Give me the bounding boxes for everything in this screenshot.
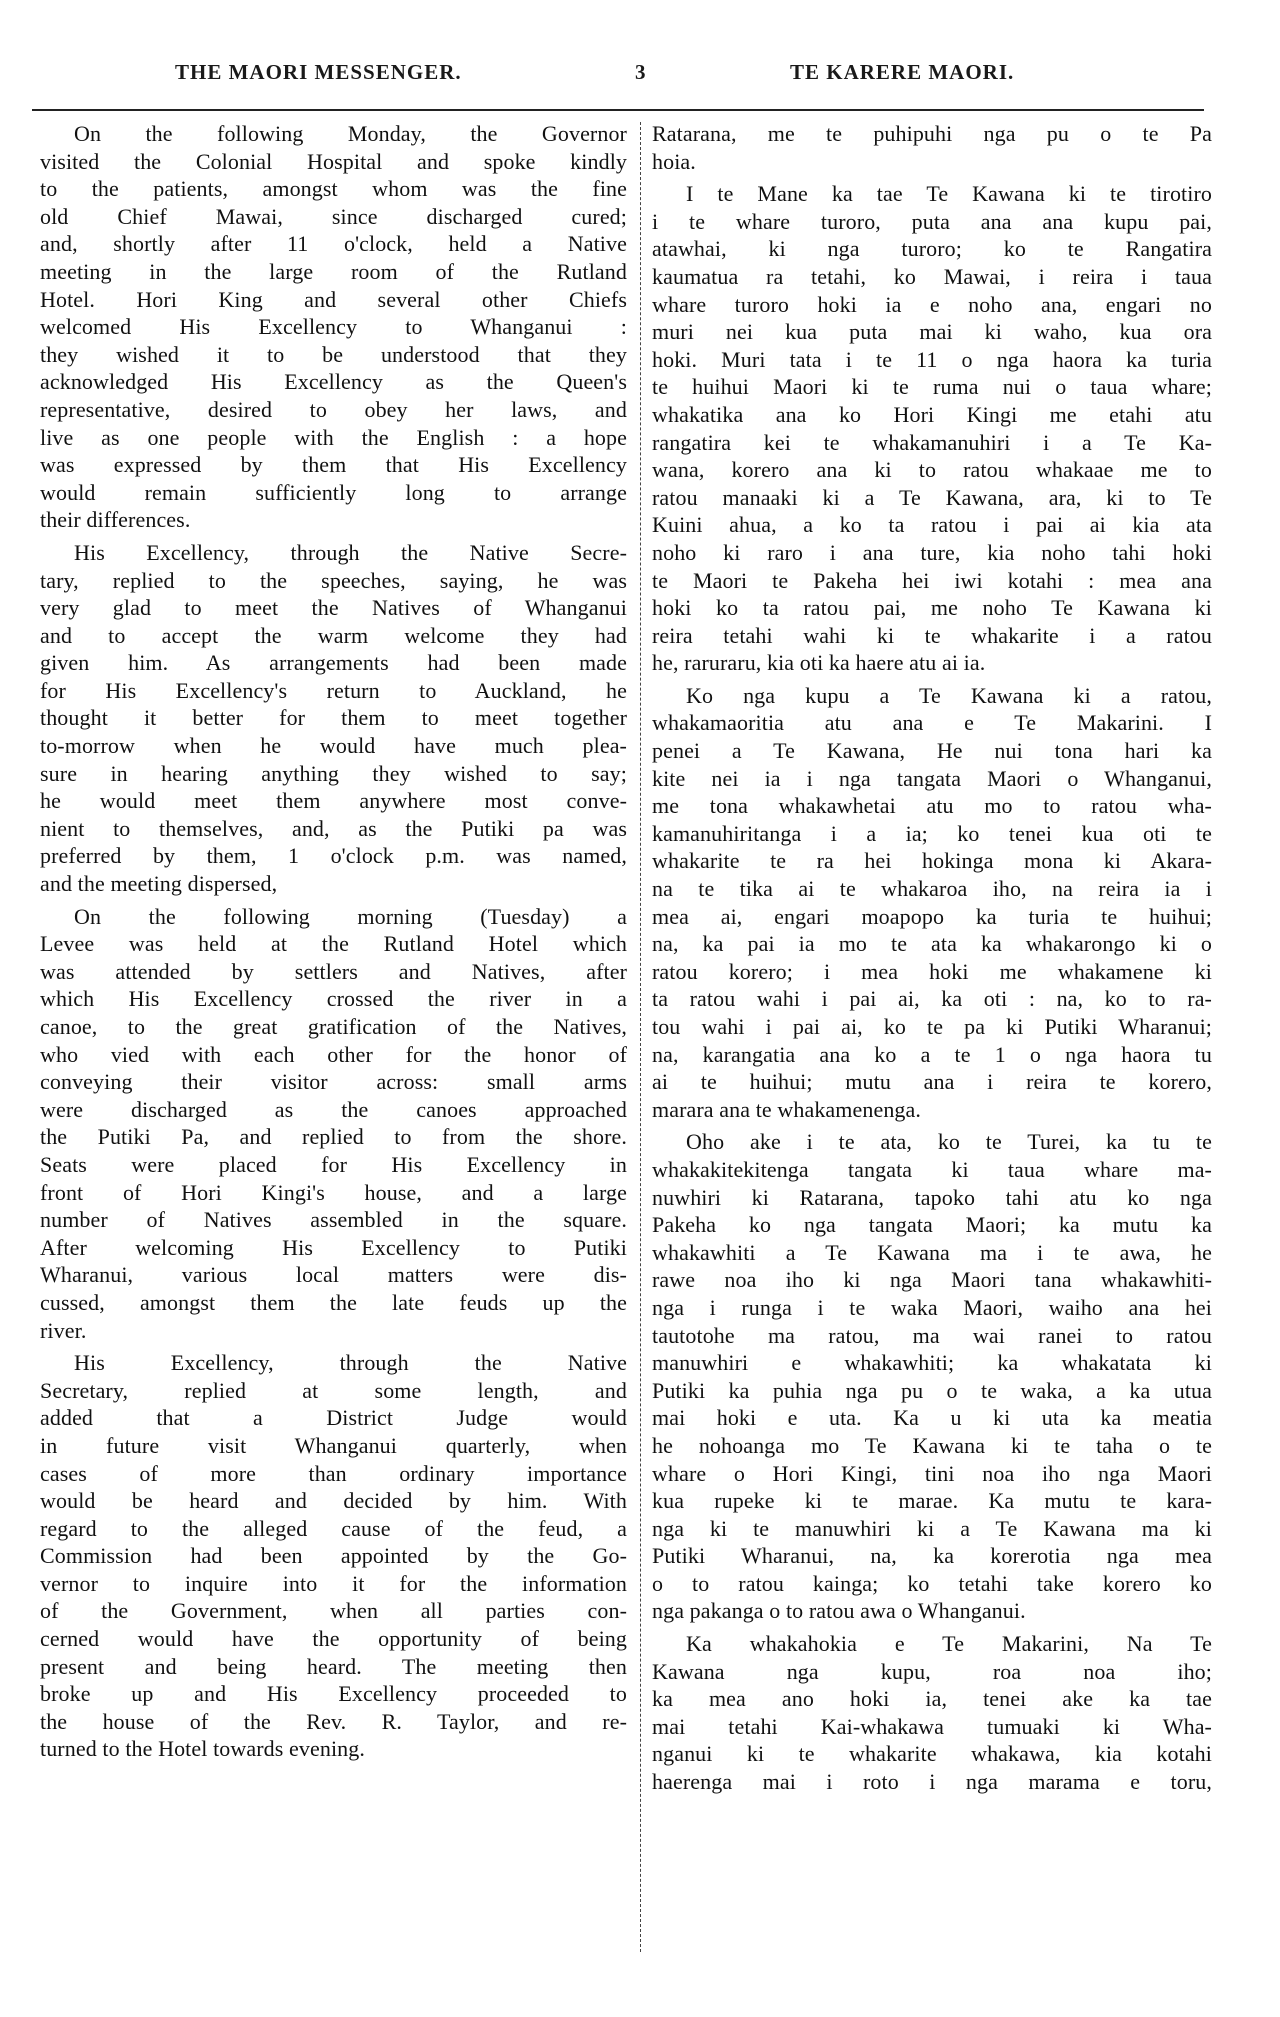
maori-column: Ratarana, me te puhipuhi nga pu o te Pah…: [652, 120, 1212, 1796]
text-line: noho ki raro i ana ture, kia noho tahi h…: [652, 539, 1212, 567]
text-line: kamanuhiritanga i a ia; ko tenei kua oti…: [652, 820, 1212, 848]
text-line: was expressed by them that His Excellenc…: [40, 451, 627, 479]
text-line: na, ka pai ia mo te ata ka whakarongo ki…: [652, 930, 1212, 958]
text-line: would be heard and decided by him. With: [40, 1487, 627, 1515]
text-line: hoia.: [652, 148, 1212, 176]
text-line: te Maori te Pakeha hei iwi kotahi : mea …: [652, 567, 1212, 595]
text-line: ratou manaaki ki a Te Kawana, ara, ki to…: [652, 484, 1212, 512]
text-line: front of Hori Kingi's house, and a large: [40, 1179, 627, 1207]
text-line: Secretary, replied at some length, and: [40, 1377, 627, 1405]
text-line: he would meet them anywhere most conve-: [40, 787, 627, 815]
text-line: marara ana te whakamenenga.: [652, 1096, 1212, 1124]
text-line: meeting in the large room of the Rutland: [40, 258, 627, 286]
masthead-english-title: THE MAORI MESSENGER.: [175, 60, 462, 85]
text-line: Seats were placed for His Excellency in: [40, 1151, 627, 1179]
text-line: to the patients, amongst whom was the fi…: [40, 175, 627, 203]
text-line: mai tetahi Kai-whakawa tumuaki ki Wha-: [652, 1713, 1212, 1741]
text-line: kua rupeke ki te marae. Ka mutu te kara-: [652, 1487, 1212, 1515]
text-line: On the following Monday, the Governor: [40, 120, 627, 148]
text-line: tautotohe ma ratou, ma wai ranei to rato…: [652, 1322, 1212, 1350]
text-line: representative, desired to obey her laws…: [40, 396, 627, 424]
text-line: regard to the alleged cause of the feud,…: [40, 1515, 627, 1543]
text-line: Putiki Wharanui, na, ka korerotia nga me…: [652, 1542, 1212, 1570]
text-line: mea ai, engari moapopo ka turia te huihu…: [652, 903, 1212, 931]
text-line: penei a Te Kawana, He nui tona hari ka: [652, 737, 1212, 765]
masthead: THE MAORI MESSENGER. 3 TE KARERE MAORI.: [0, 60, 1280, 100]
text-line: nga pakanga o to ratou awa o Whanganui.: [652, 1597, 1212, 1625]
text-line: I te Mane ka tae Te Kawana ki te tirotir…: [652, 180, 1212, 208]
text-line: Commission had been appointed by the Go-: [40, 1542, 627, 1570]
text-line: the Putiki Pa, and replied to from the s…: [40, 1123, 627, 1151]
text-line: tary, replied to the speeches, saying, h…: [40, 567, 627, 595]
text-line: reira tetahi wahi ki te whakarite i a ra…: [652, 622, 1212, 650]
text-line: who vied with each other for the honor o…: [40, 1041, 627, 1069]
text-line: Oho ake i te ata, ko te Turei, ka tu te: [652, 1128, 1212, 1156]
text-line: for His Excellency's return to Auckland,…: [40, 677, 627, 705]
text-line: nga i runga i te waka Maori, waiho ana h…: [652, 1294, 1212, 1322]
text-line: cerned would have the opportunity of bei…: [40, 1625, 627, 1653]
text-line: hoki ko ta ratou pai, me noho Te Kawana …: [652, 594, 1212, 622]
text-line: given him. As arrangements had been made: [40, 649, 627, 677]
text-line: whare o Hori Kingi, tini noa iho nga Mao…: [652, 1460, 1212, 1488]
text-line: turned to the Hotel towards evening.: [40, 1735, 627, 1763]
text-line: the house of the Rev. R. Taylor, and re-: [40, 1708, 627, 1736]
text-line: very glad to meet the Natives of Whangan…: [40, 594, 627, 622]
text-line: river.: [40, 1317, 627, 1345]
text-line: added that a District Judge would: [40, 1404, 627, 1432]
text-line: On the following morning (Tuesday) a: [40, 903, 627, 931]
text-line: to-morrow when he would have much plea-: [40, 732, 627, 760]
article-paragraph: Oho ake i te ata, ko te Turei, ka tu tew…: [652, 1128, 1212, 1625]
text-line: of the Government, when all parties con-: [40, 1597, 627, 1625]
text-line: old Chief Mawai, since discharged cured;: [40, 203, 627, 231]
text-line: Wharanui, various local matters were dis…: [40, 1261, 627, 1289]
text-line: nganui ki te whakarite whakawa, kia kota…: [652, 1740, 1212, 1768]
masthead-maori-title: TE KARERE MAORI.: [790, 60, 1014, 85]
text-line: manuwhiri e whakawhiti; ka whakatata ki: [652, 1349, 1212, 1377]
text-line: and to accept the warm welcome they had: [40, 622, 627, 650]
text-line: Kuini ahua, a ko ta ratou i pai ai kia a…: [652, 511, 1212, 539]
text-line: hoki. Muri tata i te 11 o nga haora ka t…: [652, 346, 1212, 374]
text-line: he nohoanga mo Te Kawana ki te taha o te: [652, 1432, 1212, 1460]
text-line: whakarite te ra hei hokinga mona ki Akar…: [652, 847, 1212, 875]
article-paragraph: On the following morning (Tuesday) aLeve…: [40, 903, 627, 1345]
text-line: ratou korero; i mea hoki me whakamene ki: [652, 958, 1212, 986]
text-line: nuwhiri ki Ratarana, tapoko tahi atu ko …: [652, 1184, 1212, 1212]
text-line: ta ratou wahi i pai ai, ka oti : na, ko …: [652, 985, 1212, 1013]
text-line: Ratarana, me te puhipuhi nga pu o te Pa: [652, 120, 1212, 148]
text-line: broke up and His Excellency proceeded to: [40, 1680, 627, 1708]
text-line: na te tika ai te whakaroa iho, na reira …: [652, 875, 1212, 903]
text-line: were discharged as the canoes approached: [40, 1096, 627, 1124]
text-line: rangatira kei te whakamanuhiri i a Te Ka…: [652, 429, 1212, 457]
text-line: whakamaoritia atu ana e Te Makarini. I: [652, 709, 1212, 737]
text-line: they wished it to be understood that the…: [40, 341, 627, 369]
text-line: would remain sufficiently long to arrang…: [40, 479, 627, 507]
text-line: na, karangatia ana ko a te 1 o nga haora…: [652, 1041, 1212, 1069]
text-line: thought it better for them to meet toget…: [40, 704, 627, 732]
text-line: canoe, to the great gratification of the…: [40, 1013, 627, 1041]
text-line: welcomed His Excellency to Whanganui :: [40, 313, 627, 341]
text-line: whakawhiti a Te Kawana ma i te awa, he: [652, 1239, 1212, 1267]
text-line: Ko nga kupu a Te Kawana ki a ratou,: [652, 682, 1212, 710]
text-line: preferred by them, 1 o'clock p.m. was na…: [40, 842, 627, 870]
text-line: acknowledged His Excellency as the Queen…: [40, 368, 627, 396]
text-line: cussed, amongst them the late feuds up t…: [40, 1289, 627, 1317]
text-line: Pakeha ko nga tangata Maori; ka mutu ka: [652, 1211, 1212, 1239]
text-line: wana, korero ana ki to ratou whakaae me …: [652, 456, 1212, 484]
text-line: number of Natives assembled in the squar…: [40, 1206, 627, 1234]
article-paragraph: Ka whakahokia e Te Makarini, Na TeKawana…: [652, 1630, 1212, 1796]
text-line: kite nei ia i nga tangata Maori o Whanga…: [652, 765, 1212, 793]
text-line: Levee was held at the Rutland Hotel whic…: [40, 930, 627, 958]
text-line: After welcoming His Excellency to Putiki: [40, 1234, 627, 1262]
text-line: haerenga mai i roto i nga marama e toru,: [652, 1768, 1212, 1796]
page-number: 3: [635, 60, 647, 85]
text-line: me tona whakawhetai atu mo to ratou wha-: [652, 792, 1212, 820]
text-line: visited the Colonial Hospital and spoke …: [40, 148, 627, 176]
text-line: whakakitekitenga tangata ki taua whare m…: [652, 1156, 1212, 1184]
text-line: His Excellency, through the Native: [40, 1349, 627, 1377]
text-line: o to ratou kainga; ko tetahi take korero…: [652, 1570, 1212, 1598]
text-line: he, raruraru, kia oti ka haere atu ai ia…: [652, 649, 1212, 677]
text-line: ka mea ano hoki ia, tenei ake ka tae: [652, 1685, 1212, 1713]
text-line: atawhai, ki nga turoro; ko te Rangatira: [652, 235, 1212, 263]
text-line: muri nei kua puta mai ki waho, kua ora: [652, 318, 1212, 346]
article-paragraph: Ratarana, me te puhipuhi nga pu o te Pah…: [652, 120, 1212, 175]
english-column: On the following Monday, the Governorvis…: [40, 120, 627, 1763]
article-paragraph: I te Mane ka tae Te Kawana ki te tirotir…: [652, 180, 1212, 677]
text-line: in future visit Whanganui quarterly, whe…: [40, 1432, 627, 1460]
text-line: Hotel. Hori King and several other Chief…: [40, 286, 627, 314]
text-line: His Excellency, through the Native Secre…: [40, 539, 627, 567]
text-line: and the meeting dispersed,: [40, 870, 627, 898]
text-line: te huihui Maori ki te ruma nui o taua wh…: [652, 373, 1212, 401]
text-line: rawe noa iho ki nga Maori tana whakawhit…: [652, 1266, 1212, 1294]
text-line: Putiki ka puhia nga pu o te waka, a ka u…: [652, 1377, 1212, 1405]
text-line: nient to themselves, and, as the Putiki …: [40, 815, 627, 843]
text-line: which His Excellency crossed the river i…: [40, 985, 627, 1013]
text-line: and, shortly after 11 o'clock, held a Na…: [40, 230, 627, 258]
text-line: was attended by settlers and Natives, af…: [40, 958, 627, 986]
text-line: mai hoki e uta. Ka u ki uta ka meatia: [652, 1404, 1212, 1432]
text-line: ai te huihui; mutu ana i reira te korero…: [652, 1068, 1212, 1096]
text-line: kaumatua ra tetahi, ko Mawai, i reira i …: [652, 263, 1212, 291]
text-line: nga ki te manuwhiri ki a Te Kawana ma ki: [652, 1515, 1212, 1543]
text-line: present and being heard. The meeting the…: [40, 1653, 627, 1681]
text-line: tou wahi i pai ai, ko te pa ki Putiki Wh…: [652, 1013, 1212, 1041]
text-line: their differences.: [40, 506, 627, 534]
article-paragraph: His Excellency, through the NativeSecret…: [40, 1349, 627, 1763]
article-paragraph: His Excellency, through the Native Secre…: [40, 539, 627, 898]
article-paragraph: Ko nga kupu a Te Kawana ki a ratou,whaka…: [652, 682, 1212, 1124]
text-line: conveying their visitor across: small ar…: [40, 1068, 627, 1096]
text-line: Kawana nga kupu, roa noa iho;: [652, 1658, 1212, 1686]
text-line: cases of more than ordinary importance: [40, 1460, 627, 1488]
text-line: sure in hearing anything they wished to …: [40, 760, 627, 788]
text-line: live as one people with the English : a …: [40, 424, 627, 452]
column-divider: [640, 122, 641, 1952]
text-line: vernor to inquire into it for the inform…: [40, 1570, 627, 1598]
text-line: Ka whakahokia e Te Makarini, Na Te: [652, 1630, 1212, 1658]
article-paragraph: On the following Monday, the Governorvis…: [40, 120, 627, 534]
text-line: i te whare turoro, puta ana ana kupu pai…: [652, 208, 1212, 236]
text-line: whare turoro hoki ia e noho ana, engari …: [652, 291, 1212, 319]
text-line: whakatika ana ko Hori Kingi me etahi atu: [652, 401, 1212, 429]
header-rule: [32, 109, 1204, 111]
